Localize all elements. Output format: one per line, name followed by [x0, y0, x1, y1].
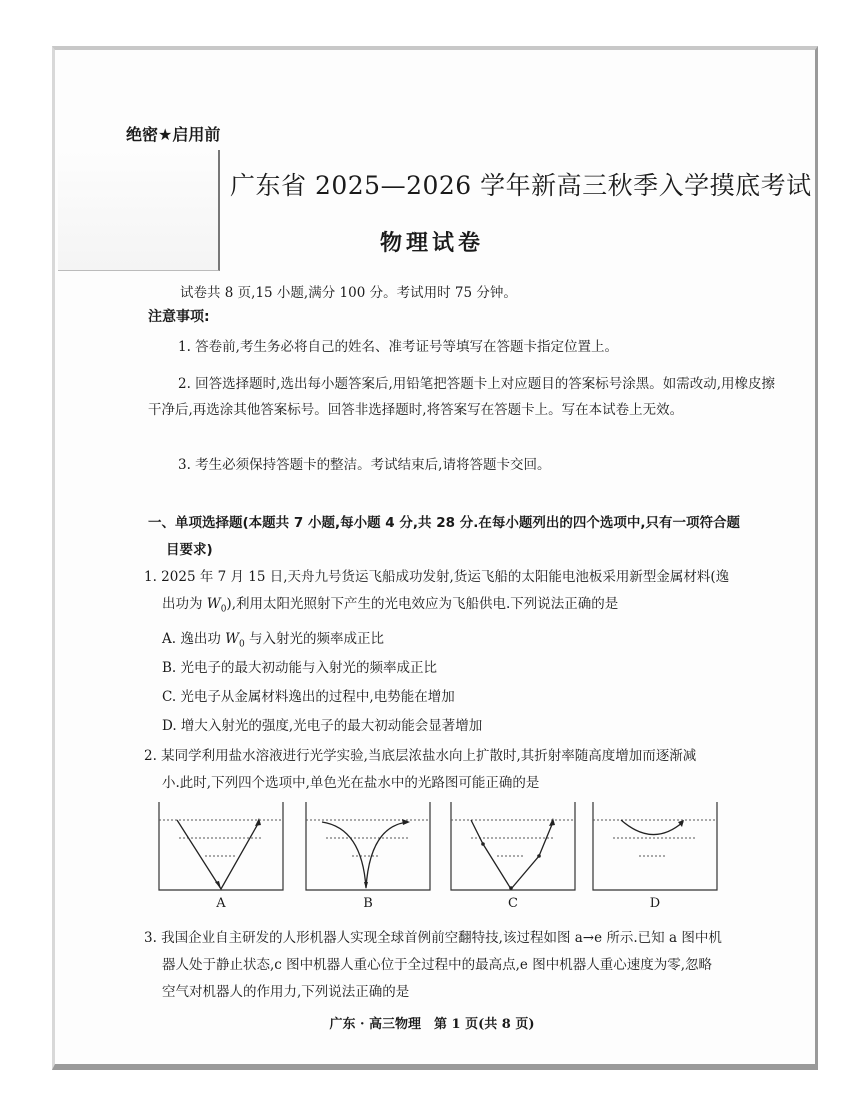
question-2: 2. 某同学利用盐水溶液进行光学实验,当底层浓盐水向上扩散时,其折射率随高度增加…: [144, 743, 780, 797]
notice-item-1: 1. 答卷前,考生务必将自己的姓名、准考证号等填写在答题卡指定位置上。: [178, 334, 618, 360]
page-footer: 广东 · 高三物理 第 1 页(共 8 页): [0, 1013, 864, 1032]
section-heading-line1: 一、单项选择题(本题共 7 小题,每小题 4 分,共 28 分.在每小题列出的四…: [148, 510, 778, 537]
subject-title: 物理试卷: [0, 226, 864, 257]
diagram-label-d: D: [591, 896, 719, 911]
question-3-line3: 空气对机器人的作用力,下列说法正确的是: [144, 979, 780, 1006]
question-3-line2: 器人处于静止状态,c 图中机器人重心位于全过程中的最高点,e 图中机器人重心速度…: [144, 952, 780, 979]
notice-item-2: 2. 回答选择题时,选出每小题答案后,用铅笔把答题卡上对应题目的答案标号涂黑。如…: [148, 371, 778, 423]
question-2-line1: 2. 某同学利用盐水溶液进行光学实验,当底层浓盐水向上扩散时,其折射率随高度增加…: [144, 743, 780, 770]
question-1-option-a: A. 逸出功 W0 与入射光的频率成正比: [162, 627, 384, 650]
question-1: 1. 2025 年 7 月 15 日,天舟九号货运飞船成功发射,货运飞船的太阳能…: [144, 564, 780, 624]
question-1-option-c: C. 光电子从金属材料逸出的过程中,电势能在增加: [162, 685, 455, 705]
secret-label: 绝密★启用前: [126, 122, 220, 145]
diagram-label-a: A: [157, 896, 285, 911]
exam-meta: 试卷共 8 页,15 小题,满分 100 分。考试用时 75 分钟。: [180, 281, 517, 301]
notice-heading: 注意事项:: [148, 306, 210, 326]
question-3-line1: 3. 我国企业自主研发的人形机器人实现全球首例前空翻特技,该过程如图 a→e 所…: [144, 925, 780, 952]
question-1-line1: 1. 2025 年 7 月 15 日,天舟九号货运飞船成功发射,货运飞船的太阳能…: [144, 564, 780, 591]
question-1-option-d: D. 增大入射光的强度,光电子的最大初动能会显著增加: [162, 714, 482, 734]
notice-item-3: 3. 考生必须保持答题卡的整洁。考试结束后,请将答题卡交回。: [178, 452, 550, 478]
question-1-line2: 出功为 W0),利用太阳光照射下产生的光电效应为飞船供电.下列说法正确的是: [144, 591, 780, 624]
light-path-diagram-c: [449, 800, 577, 894]
section-heading-line2: 目要求): [148, 537, 778, 564]
question-3: 3. 我国企业自主研发的人形机器人实现全球首例前空翻特技,该过程如图 a→e 所…: [144, 925, 780, 1006]
section-heading: 一、单项选择题(本题共 7 小题,每小题 4 分,共 28 分.在每小题列出的四…: [148, 510, 778, 564]
question-1-option-b: B. 光电子的最大初动能与入射光的频率成正比: [162, 656, 437, 676]
question-2-line2: 小.此时,下列四个选项中,单色光在盐水中的光路图可能正确的是: [144, 770, 780, 797]
light-path-diagram-a: [157, 800, 285, 894]
diagram-label-b: B: [304, 896, 432, 911]
light-path-diagram-d: [591, 800, 719, 894]
exam-title: 广东省 2025—2026 学年新高三秋季入学摸底考试: [230, 166, 812, 202]
diagram-label-c: C: [449, 896, 577, 911]
light-path-diagram-b: [304, 800, 432, 894]
